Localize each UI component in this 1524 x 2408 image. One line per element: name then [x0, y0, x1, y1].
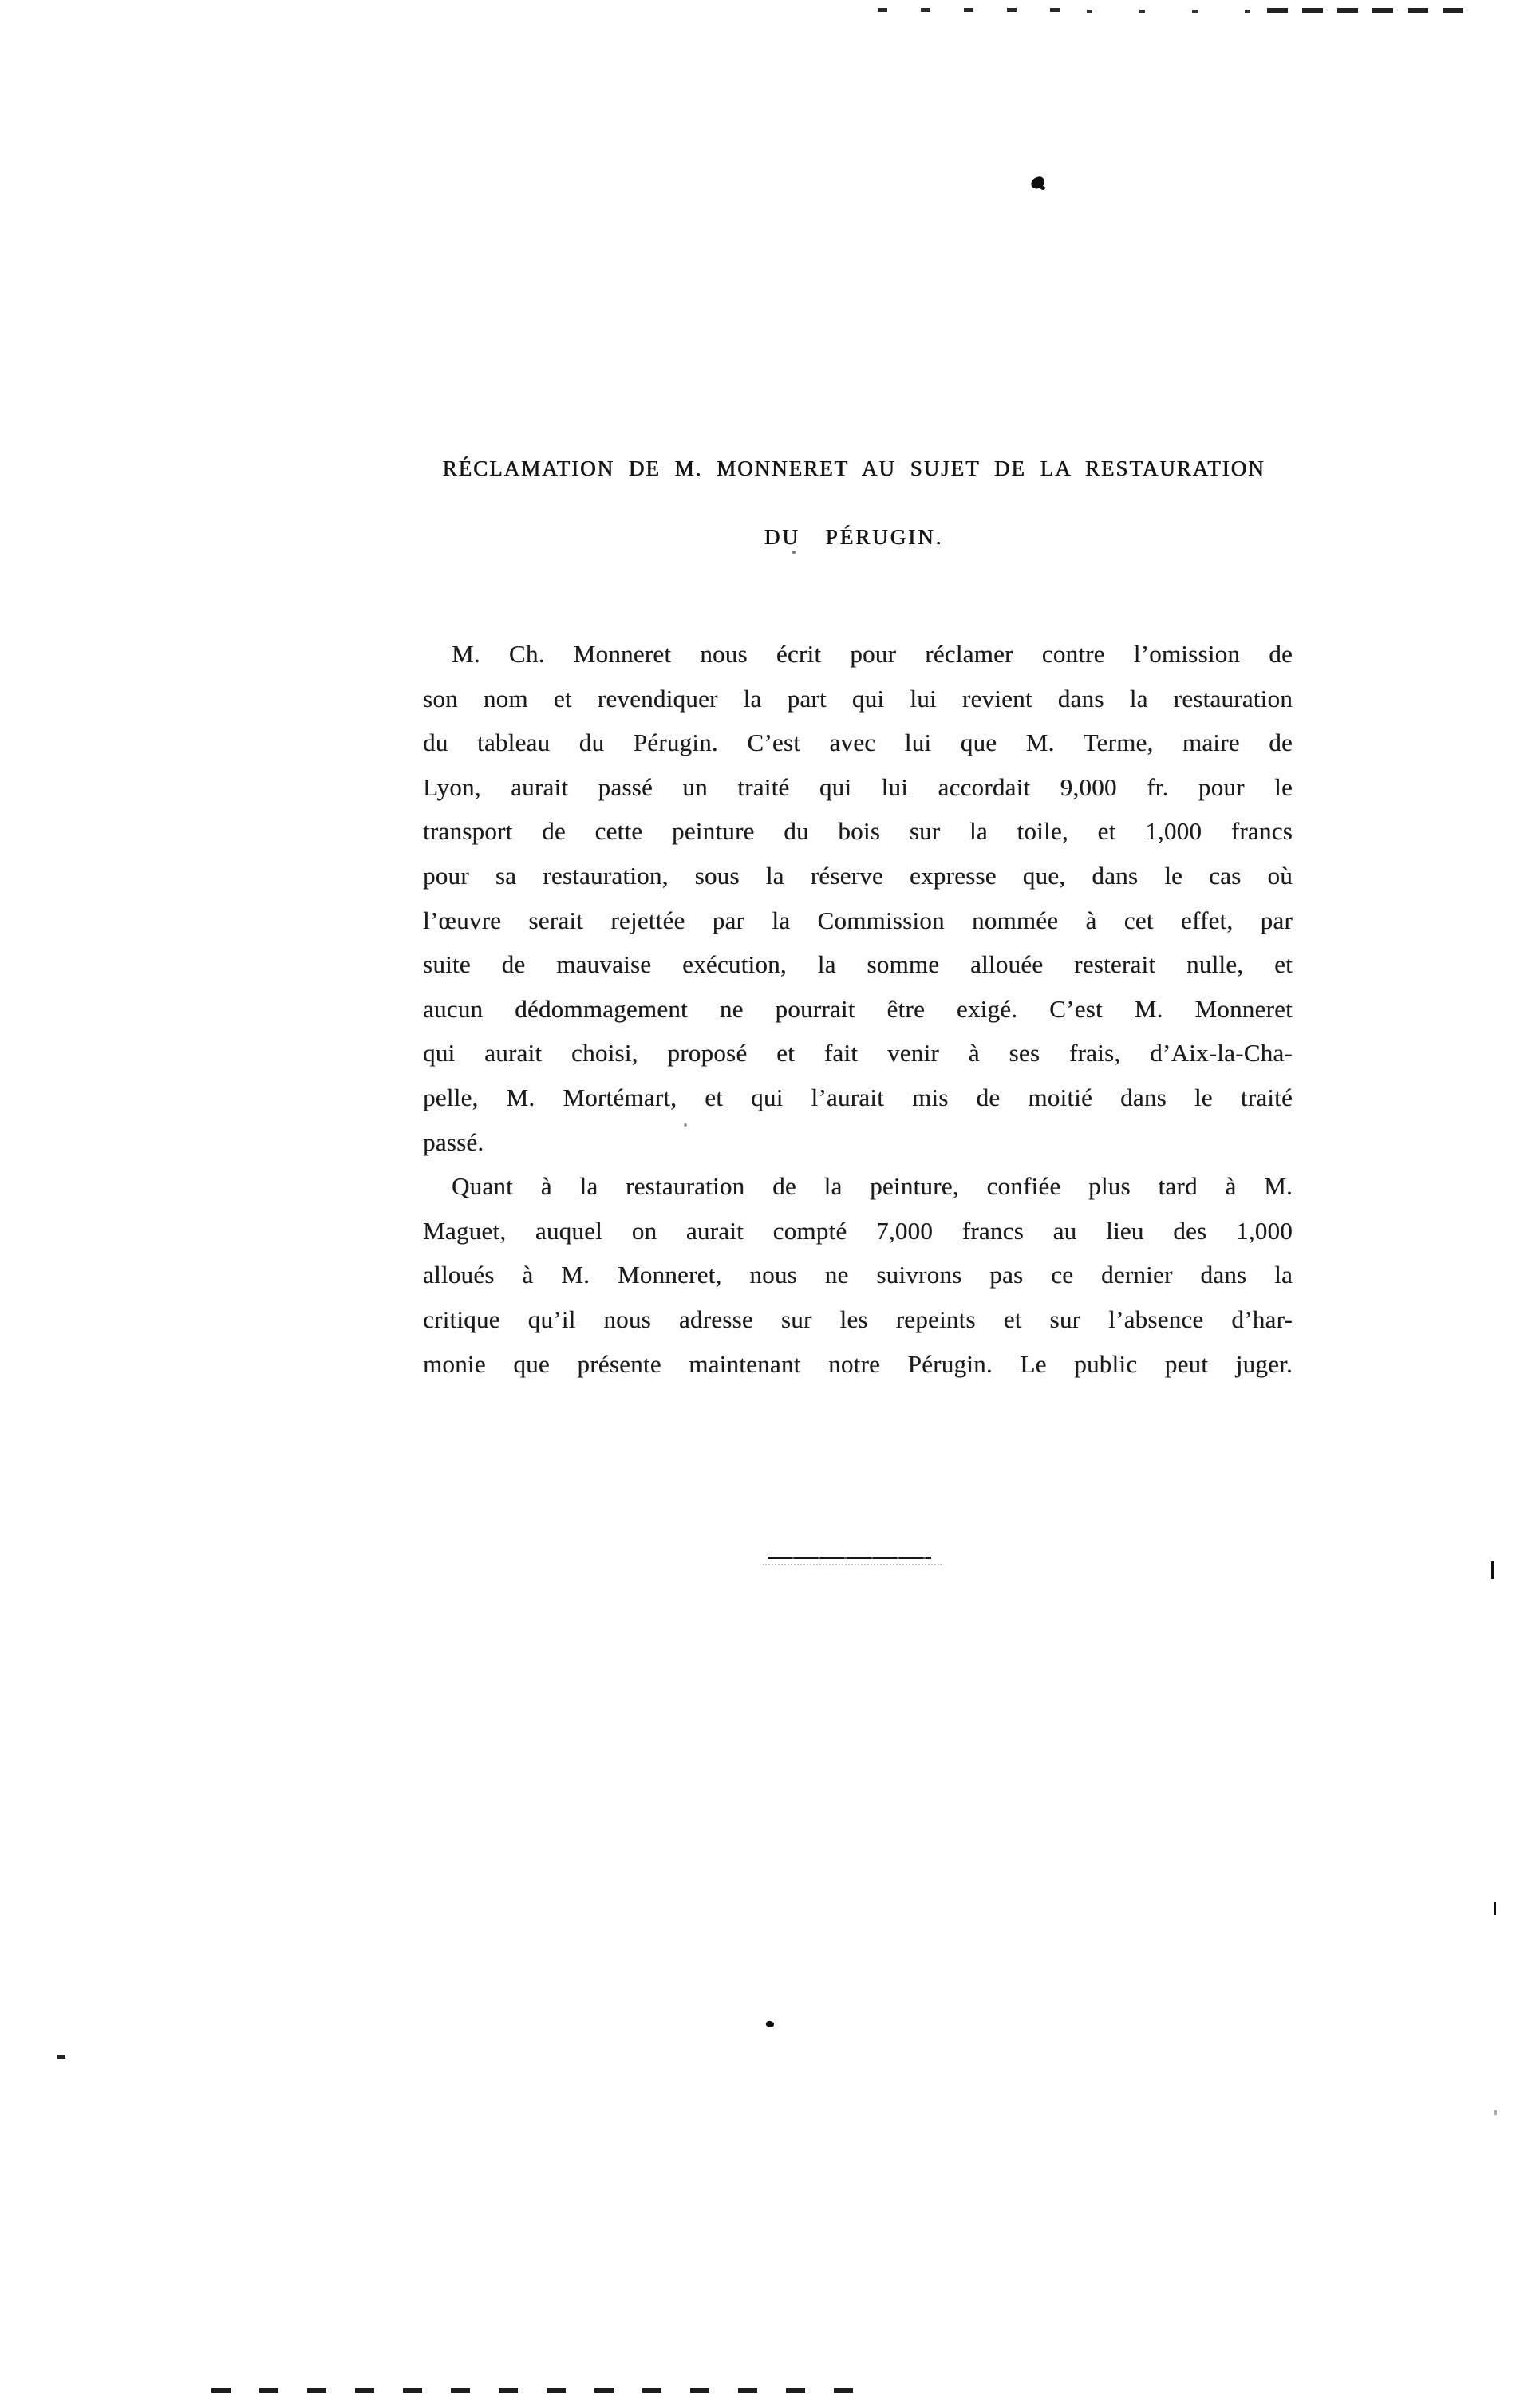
body-line-14: Maguet, auquel on aurait compté 7,000 fr…: [423, 1209, 1293, 1253]
body-line-11: pelle, M. Mortémart, et qui l’aurait mis…: [423, 1076, 1293, 1120]
scan-noise-top-dashes-right: [1267, 8, 1467, 13]
body-line-1: M. Ch. Monneret nous écrit pour réclamer…: [423, 632, 1293, 677]
scan-speck-under-heading: [792, 551, 796, 554]
scan-noise-top-dashes-middle: [1087, 10, 1259, 13]
ink-blot-tail: [1040, 186, 1045, 190]
page-heading: RÉCLAMATION DE M. MONNERET AU SUJET DE L…: [415, 455, 1293, 551]
body-line-12: passé.: [423, 1120, 1293, 1165]
scan-speck-near-passe: [684, 1123, 687, 1127]
body-line-15: alloués à M. Monneret, nous ne suivrons …: [423, 1253, 1293, 1297]
scanned-book-page: RÉCLAMATION DE M. MONNERET AU SUJET DE L…: [0, 0, 1524, 2408]
scan-dash-lower-left: [57, 2055, 65, 2059]
scan-speck-lower-middle: [765, 2019, 775, 2028]
heading-line-1: RÉCLAMATION DE M. MONNERET AU SUJET DE L…: [415, 455, 1293, 482]
body-line-5: transport de cette peinture du bois sur …: [423, 809, 1293, 854]
scan-noise-top-dashes-left: [878, 8, 1079, 12]
body-line-13: Quant à la restauration de la peinture, …: [423, 1164, 1293, 1209]
body-line-6: pour sa restauration, sous la réserve ex…: [423, 854, 1293, 898]
right-margin-tick-2: [1494, 1902, 1496, 1915]
body-line-3: du tableau du Pérugin. C’est avec lui qu…: [423, 720, 1293, 765]
right-margin-faint-dot: [1494, 2110, 1497, 2115]
right-margin-tick-1: [1491, 1561, 1494, 1579]
body-line-10: qui aurait choisi, proposé et fait venir…: [423, 1031, 1293, 1076]
section-divider-rule: [768, 1557, 931, 1559]
body-line-9: aucun dédommagement ne pourrait être exi…: [423, 987, 1293, 1032]
scan-noise-bottom-dashes: [211, 2388, 875, 2393]
body-line-2: son nom et revendiquer la part qui lui r…: [423, 677, 1293, 721]
body-line-4: Lyon, aurait passé un traité qui lui acc…: [423, 765, 1293, 810]
body-line-7: l’œuvre serait rejettée par la Commissio…: [423, 898, 1293, 943]
section-divider-shadow: [763, 1564, 942, 1565]
body-line-16: critique qu’il nous adresse sur les repe…: [423, 1297, 1293, 1342]
body-line-17: monie que présente maintenant notre Péru…: [423, 1342, 1293, 1387]
body-text: M. Ch. Monneret nous écrit pour réclamer…: [423, 632, 1293, 1386]
heading-line-2: DU PÉRUGIN.: [415, 523, 1293, 551]
body-line-8: suite de mauvaise exécution, la somme al…: [423, 942, 1293, 987]
